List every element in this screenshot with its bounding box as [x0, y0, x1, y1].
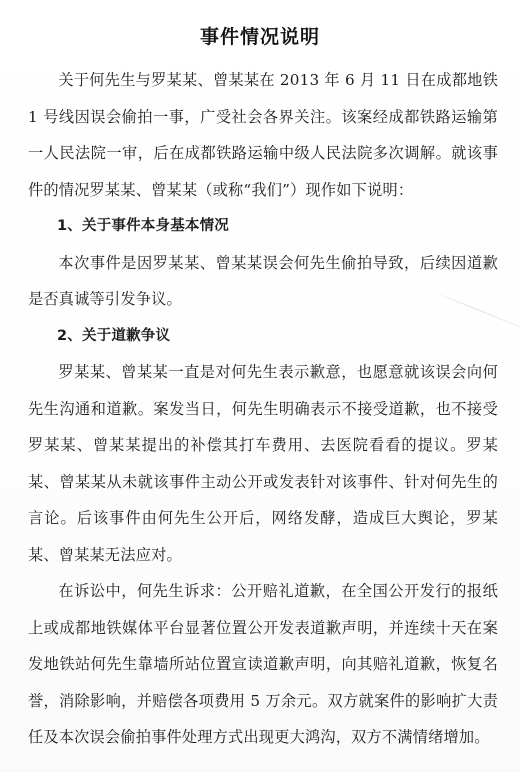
- document-title: 事件情况说明: [0, 22, 520, 49]
- document-page: 事件情况说明 关于何先生与罗某某、曾某某在 2013 年 6 月 11 日在成都…: [0, 0, 520, 772]
- section-1-paragraph-1: 本次事件是因罗某某、曾某某误会何先生偷拍导致，后续因道歉是否真诚等引发争议。: [28, 245, 498, 318]
- document-body: 关于何先生与罗某某、曾某某在 2013 年 6 月 11 日在成都地铁 1 号线…: [28, 62, 498, 756]
- section-heading-1: 1、关于事件本身基本情况: [28, 208, 498, 245]
- section-heading-2: 2、关于道歉争议: [28, 318, 498, 355]
- section-2-paragraph-2: 在诉讼中，何先生诉求：公开赔礼道歉，在全国公开发行的报纸上或成都地铁媒体平台显著…: [28, 573, 498, 756]
- section-2-paragraph-1: 罗某某、曾某某一直是对何先生表示歉意，也愿意就该误会向何先生沟通和道歉。案发当日…: [28, 354, 498, 573]
- intro-paragraph: 关于何先生与罗某某、曾某某在 2013 年 6 月 11 日在成都地铁 1 号线…: [28, 62, 498, 208]
